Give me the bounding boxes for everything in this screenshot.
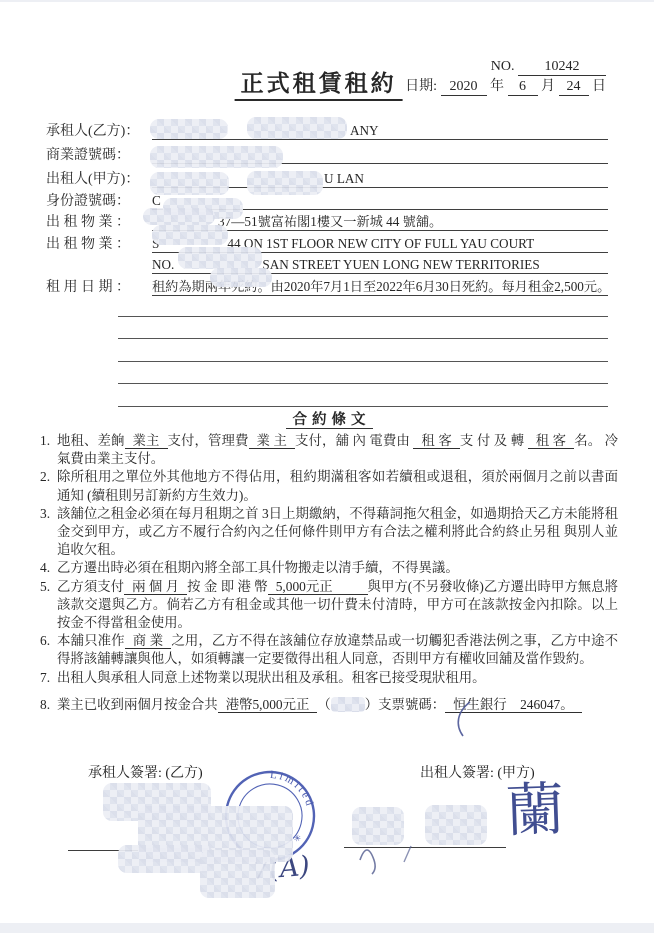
redaction-blur [247,117,347,139]
term-text: 地租、差餉業主支付，管理費業 主支付，舖 內 電費由 租 客支 付 及 轉 租 … [57,432,618,468]
date-month: 6 [508,79,538,96]
doc-no-label: NO. [491,59,515,74]
field-row-lease-period: 租 用 日 期 ： 租約為期兩年死約。由2020年7月1日至2022年6月30日… [46,274,608,296]
term-item-2: 2. 除所租用之單位外其他地方不得佔用，租約期滿租客如若續租或退租，須於兩個月之… [40,468,618,504]
field-row-property-en: 出 租 物 業 ： S44 ON 1ST FLOOR NEW CITY OF F… [46,231,608,253]
filled-in-value: 租 客 [413,433,459,449]
term-number: 6. [40,632,57,668]
tenant-signature-label: 承租人簽署: (乙方) [88,762,203,782]
ruled-line [118,406,608,407]
text-fragment: 按 金 即 港 幣 [187,579,268,594]
redaction-blur [425,805,487,845]
redaction-blur [143,208,215,225]
term-number: 5. [40,578,57,633]
redaction-blur [352,807,404,845]
term-text: 除所租用之單位外其他地方不得佔用，租約期滿租客如若續租或退租，須於兩個月之前以書… [57,468,618,504]
ruled-line [118,316,608,317]
date-day-unit: 日 [592,79,606,94]
stamp-star-icon: ✳ [292,832,302,844]
filled-in-value: 業 主 [249,433,295,449]
date-label: 日期: [405,79,437,94]
term-item-1: 1. 地租、差餉業主支付，管理費業 主支付，舖 內 電費由 租 客支 付 及 轉… [40,432,618,468]
text-fragment: NO. [152,257,174,272]
redaction-blur [331,697,365,712]
term-item-5: 5. 乙方須支付兩 個 月按 金 即 港 幣5,000元正 與甲方(不另發收條)… [40,578,618,633]
text-fragment: U LAN [324,171,364,186]
term-item-7: 7. 出租人與承租人同意上述物業以現狀出租及承租。租客已接受現狀租用。 [40,669,618,687]
date-month-unit: 月 [541,79,555,94]
text-fragment: 37—51號富祐閣1樓又一新城 44 號舖。 [218,214,442,229]
text-fragment: 業主已收到兩個月按金合共 [57,697,218,712]
text-fragment: ）支票號碼： [365,697,445,712]
field-row-landlord: 出租人(甲方)： U LAN [46,164,608,188]
term-text: 本舖只准作商 業之用，乙方不得在該舖位存放違禁品或一切觸犯香港法例之事，乙方中途… [57,632,618,668]
field-label: 出租人(甲方)： [46,168,152,188]
text-fragment: 支付，舖 內 電費由 [295,433,413,448]
field-label: 商業證號碼： [46,144,152,164]
redaction-blur [150,146,283,168]
term-number: 7. [40,669,57,687]
text-fragment: 該舖位之租金必須在每月租期之首 3日上期繳納，不得藉詞拖欠租金，如過期拾天乙方未… [57,506,618,557]
ruled-line [118,338,608,339]
handwritten-signature-landlord: 蘭 [505,779,565,841]
text-fragment: 出租人與承租人同意上述物業以現狀出租及承租。租客已接受現狀租用。 [57,670,486,685]
doc-no-value: 10242 [518,59,606,76]
ruled-line [118,361,608,362]
term-item-8: 8. 業主已收到兩個月按金合共港幣5,000元正（）支票號碼：恒生銀行 2460… [40,696,618,714]
term-text: 乙方須支付兩 個 月按 金 即 港 幣5,000元正 與甲方(不另發收條)乙方遷… [57,578,618,633]
filled-in-value: 港幣5,000元正 [218,697,318,713]
date-day: 24 [559,79,589,96]
redaction-blur [150,119,228,139]
page-title: 正式租賃租約 [235,65,403,101]
text-fragment: 除所租用之單位外其他地方不得佔用，租約期滿租客如若續租或退租，須於兩個月之前以書… [57,469,618,502]
doc-date-line: 日期: 2020 年 6 月 24 日 [405,77,606,97]
field-label: 承租人(乙方)： [46,120,152,140]
field-row-id-number: 身份證號碼： C [46,188,608,210]
handwritten-mark [451,700,477,738]
date-year-unit: 年 [490,79,504,94]
term-number: 1. [40,432,57,468]
term-number: 8. [40,696,57,714]
text-fragment: 乙方遷出時必須在租期內將全部工具什物搬走以清手續，不得異議。 [57,560,459,575]
term-number: 4. [40,559,57,577]
field-label: 出 租 物 業 ： [46,211,152,231]
terms-heading-text: 合約條文 [286,412,373,429]
term-item-4: 4. 乙方遷出時必須在租期內將全部工具什物搬走以清手續，不得異議。 [40,559,618,577]
filled-in-value: 業主 [125,433,168,449]
filled-in-value: 5,000元正 [268,579,368,595]
redaction-blur [118,845,213,873]
field-row-property-en2: NO.SAN STREET YUEN LONG NEW TERRITORIES [46,253,608,275]
lease-contract-page: 正式租賃租約 NO. 10242 日期: 2020 年 6 月 24 日 承租人… [0,2,654,923]
redaction-blur [247,171,323,195]
redaction-blur [210,268,272,287]
term-text: 該舖位之租金必須在每月租期之首 3日上期繳納，不得藉詞拖欠租金，如過期拾天乙方未… [57,505,618,560]
contract-terms: 合約條文 1. 地租、差餉業主支付，管理費業 主支付，舖 內 電費由 租 客支 … [40,408,618,714]
field-label: 身份證號碼： [46,190,152,210]
doc-meta: NO. 10242 日期: 2020 年 6 月 24 日 [405,57,606,97]
term-text: 乙方遷出時必須在租期內將全部工具什物搬走以清手續，不得異議。 [57,559,618,577]
ruled-line [118,383,608,384]
term-text: 業主已收到兩個月按金合共港幣5,000元正（）支票號碼：恒生銀行 246047。 [57,696,618,714]
term-item-6: 6. 本舖只准作商 業之用，乙方不得在該舖位存放違禁品或一切觸犯香港法例之事，乙… [40,632,618,668]
redaction-blur [178,247,262,269]
text-fragment: SAN STREET YUEN LONG NEW TERRITORIES [262,257,539,272]
date-year: 2020 [441,79,487,96]
filled-in-value: 商 業 [125,633,172,649]
filled-in-value: 租 客 [528,433,574,449]
field-row-property-cn: 出 租 物 業 ： 37—51號富祐閣1樓又一新城 44 號舖。 [46,210,608,232]
field-label: 出 租 物 業 ： [46,233,152,253]
term-number: 3. [40,505,57,560]
field-label: 租 用 日 期 ： [46,276,152,296]
text-fragment: 支付，管理費 [168,433,249,448]
text-fragment: ANY [350,123,379,138]
field-row-business-cert: 商業證號碼： [46,140,608,164]
text-fragment: （ [317,697,330,712]
text-fragment: 地租、差餉 [57,433,125,448]
scanned-document-viewport: 正式租賃租約 NO. 10242 日期: 2020 年 6 月 24 日 承租人… [0,0,654,933]
terms-heading: 合約條文 [40,408,618,429]
term-number: 2. [40,468,57,504]
text-fragment: 支 付 及 轉 [460,433,528,448]
text-fragment: 乙方須支付 [57,579,124,594]
redaction-blur [152,225,228,245]
text-fragment: 本舖只准作 [57,633,125,648]
filled-in-value: 兩 個 月 [124,579,187,595]
field-rows: 承租人(乙方)： ANY 商業證號碼： 出租人(甲方)： U LAN 身份證號碼… [46,116,608,407]
redaction-blur [150,172,229,195]
text-fragment: 44 ON 1ST FLOOR NEW CITY OF FULL YAU COU… [227,236,534,251]
redaction-blur [200,850,275,898]
doc-no-line: NO. 10242 [405,57,606,77]
term-item-3: 3. 該舖位之租金必須在每月租期之首 3日上期繳納，不得藉詞拖欠租金，如過期拾天… [40,505,618,560]
term-text: 出租人與承租人同意上述物業以現狀出租及承租。租客已接受現狀租用。 [57,669,618,687]
